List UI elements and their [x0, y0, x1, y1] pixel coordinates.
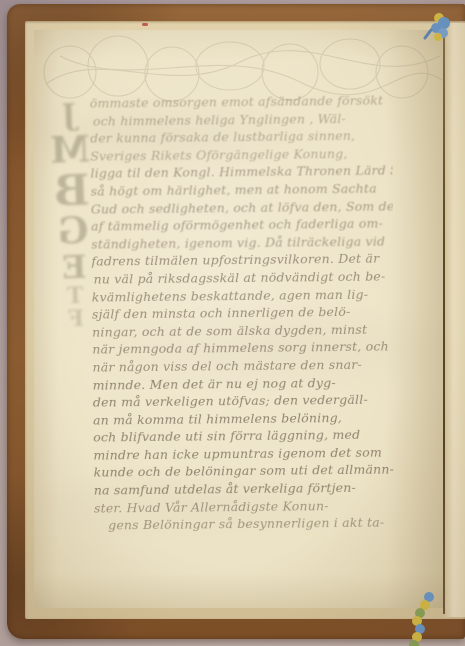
handwriting-block: ömmaste omsorgen emot afsändande försökt… — [90, 91, 397, 546]
photo-open-book: J M B G E T F ömmaste omsorgen emot afsä… — [0, 0, 465, 646]
gutter-shadow — [443, 26, 445, 614]
endband-tassel — [403, 592, 447, 646]
red-ink-speck — [142, 23, 148, 26]
handwriting-line: gens Belöningar så besynnerligen i akt t… — [108, 514, 396, 535]
endband-headband — [421, 8, 461, 46]
next-leaf-sliver — [444, 23, 465, 617]
